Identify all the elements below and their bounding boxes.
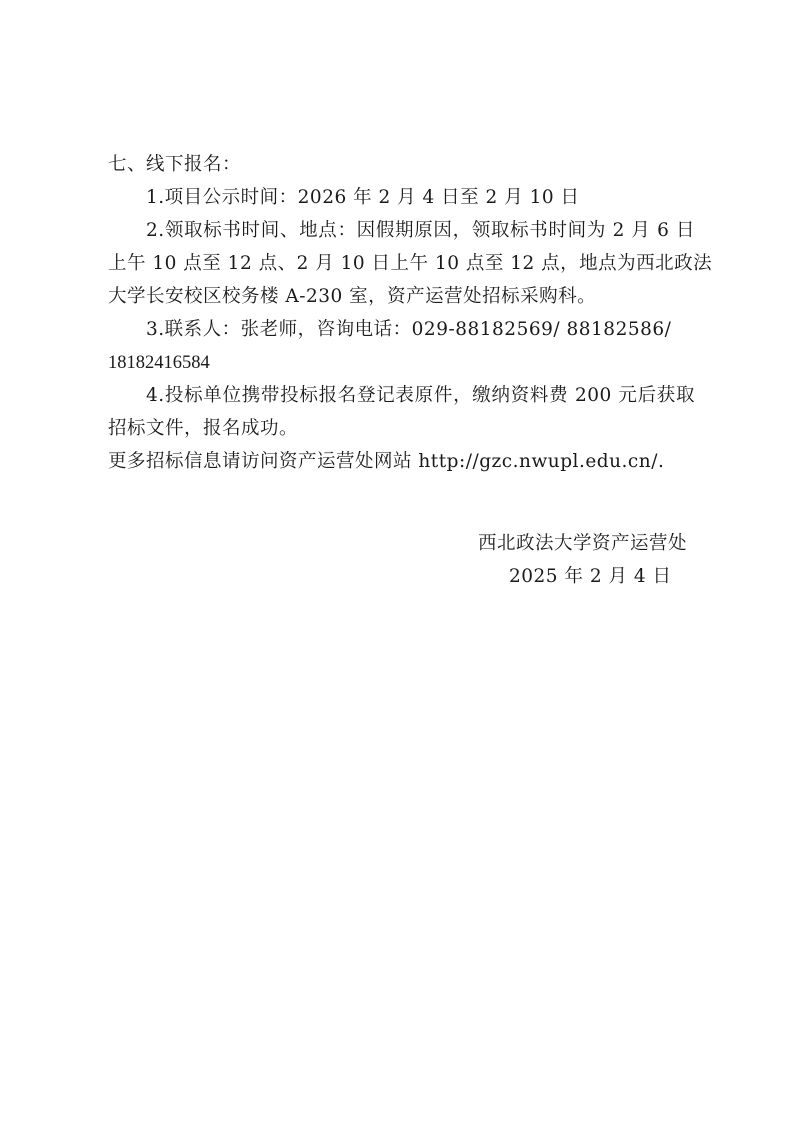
- document-page: 七、线下报名： 1.项目公示时间：2026 年 2 月 4 日至 2 月 10 …: [0, 0, 793, 1122]
- signature-date: 2025 年 2 月 4 日: [509, 566, 672, 588]
- item-2-line-3: 大学长安校区校务楼 A-230 室，资产运营处招标采购科。: [108, 286, 596, 308]
- item-4-line-2: 招标文件，报名成功。: [108, 418, 298, 440]
- item-2-line-1: 2.领取标书时间、地点：因假期原因，领取标书时间为 2 月 6 日: [146, 220, 695, 242]
- signature-organization: 西北政法大学资产运营处: [478, 533, 687, 555]
- item-4-line-1: 4.投标单位携带投标报名登记表原件，缴纳资料费 200 元后获取: [146, 385, 695, 407]
- item-3-line-1: 3.联系人：张老师，咨询电话：029-88182569/ 88182586/: [146, 319, 671, 341]
- item-3-line-2: 18182416584: [108, 352, 210, 374]
- item-1-line-1: 1.项目公示时间：2026 年 2 月 4 日至 2 月 10 日: [146, 187, 580, 209]
- section-heading: 七、线下报名：: [108, 154, 241, 176]
- footer-note: 更多招标信息请访问资产运营处网站 http://gzc.nwupl.edu.cn…: [108, 451, 664, 473]
- item-2-line-2: 上午 10 点至 12 点、2 月 10 日上午 10 点至 12 点，地点为西…: [108, 253, 695, 275]
